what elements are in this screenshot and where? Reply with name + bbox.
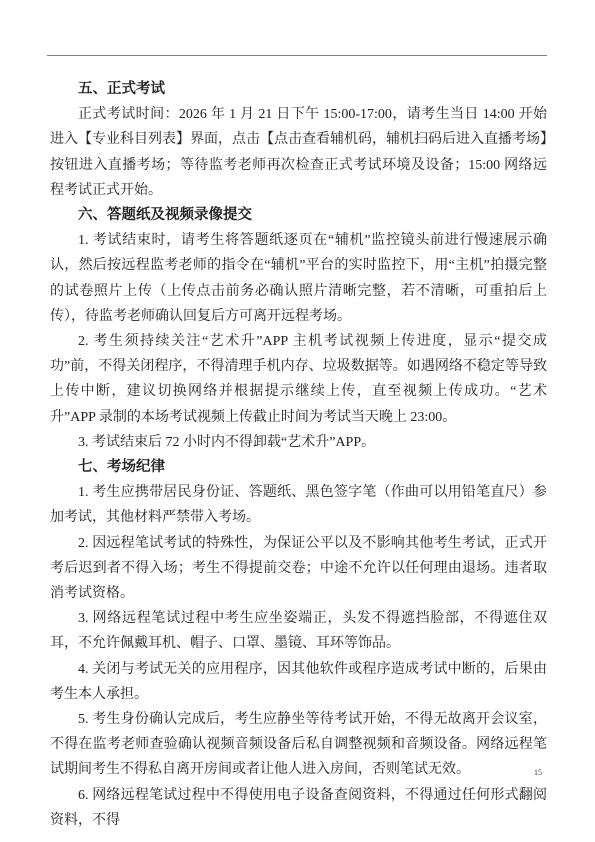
paragraph-submission-2: 2. 考生须持续关注“艺术升”APP 主机考试视频上传进度，显示“提交成功”前，… [50,329,547,430]
paragraph-discipline-6: 6. 网络远程笔试过程中不得使用电子设备查阅资料，不得通过任何形式翻阅资料，不得 [50,783,547,833]
paragraph-discipline-1: 1. 考生应携带居民身份证、答题纸、黑色签字笔（作曲可以用铅笔直尺）参加考试，其… [50,480,547,530]
paragraph-submission-3: 3. 考试结束后 72 小时内不得卸载“艺术升”APP。 [50,430,547,455]
section-heading-formal-exam: 五、正式考试 [50,77,547,102]
paragraph-discipline-5: 5. 考生身份确认完成后，考生应静坐等待考试开始，不得无故离开会议室，不得在监考… [50,707,547,783]
header-rule [47,55,547,56]
paragraph-submission-1: 1. 考试结束时，请考生将答题纸逐页在“辅机”监控镜头前进行慢速展示确认，然后按… [50,228,547,329]
document-page: 五、正式考试 正式考试时间：2026 年 1 月 21 日下午 15:00-17… [0,0,595,842]
paragraph-discipline-3: 3. 网络远程笔试过程中考生应坐姿端正，头发不得遮挡脸部，不得遮住双耳，不允许佩… [50,606,547,656]
section-heading-submission: 六、答题纸及视频录像提交 [50,203,547,228]
paragraph-discipline-4: 4. 关闭与考试无关的应用程序，因其他软件或程序造成考试中断的，后果由考生本人承… [50,657,547,707]
paragraph-discipline-2: 2. 因远程笔试考试的特殊性，为保证公平以及不影响其他考生考试，正式开考后迟到者… [50,531,547,607]
document-body: 五、正式考试 正式考试时间：2026 年 1 月 21 日下午 15:00-17… [50,77,547,833]
page-number: 15 [534,768,542,777]
paragraph-formal-exam-time: 正式考试时间：2026 年 1 月 21 日下午 15:00-17:00，请考生… [50,102,547,203]
section-heading-discipline: 七、考场纪律 [50,455,547,480]
